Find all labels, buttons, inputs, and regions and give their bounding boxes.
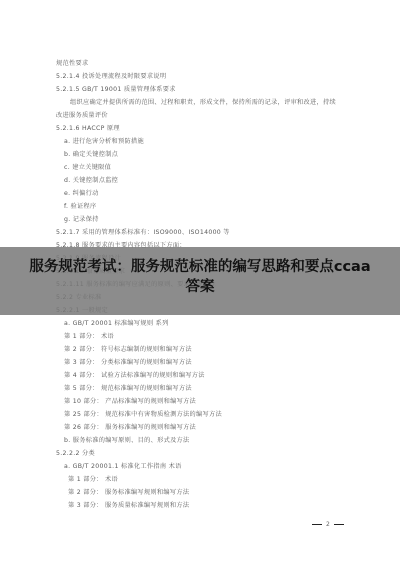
document-text-line: 改进服务质量评价 [56, 112, 108, 120]
title-overlay-banner: 服务规范考试：服务规范标准的编写思路和要点ccaa 答案 [0, 247, 400, 315]
document-text-line: 5.2.1.4 投诉处理流程及时限要求说明 [56, 73, 166, 81]
page-number-value: 2 [326, 521, 330, 528]
overlay-title-line2: 答案 [0, 278, 400, 296]
document-text-line: g. 记录保持 [64, 216, 99, 224]
document-text-line: 第 2 部分： 符号标志编制的规则和编写方法 [64, 346, 192, 354]
document-text-line: b. 确定关键控制点 [64, 151, 118, 159]
document-text-line: c. 建立关键限值 [64, 164, 111, 172]
document-text-line: 5.2.1.7 采用的管理体系标准有：ISO9000、ISO14000 等 [56, 229, 230, 237]
document-text-line: 第 4 部分： 试验方法标准编写的规则和编写方法 [64, 372, 205, 380]
document-text-line: 第 1 部分： 术语 [64, 333, 114, 341]
document-text-line: a. GB/T 20001.1 标准化工作指南 术语 [64, 463, 182, 471]
document-text-line: 5.2.2.2 分类 [56, 450, 95, 458]
document-text-line: 第 2 部分： 服务标准编写规则和编写方法 [68, 489, 189, 497]
document-text-line: 第 5 部分： 规范标准编写的规则和编写方法 [64, 385, 192, 393]
overlay-title-line1: 服务规范考试：服务规范标准的编写思路和要点ccaa [0, 258, 400, 276]
document-text-line: 第 3 部分： 分类标准编写的规则和编写方法 [64, 359, 192, 367]
page-number: 2 [312, 521, 344, 528]
document-text-line: 第 1 部分： 术语 [68, 476, 118, 484]
document-text-line: a. GB/T 20001 标准编写规则 系列 [64, 320, 169, 328]
document-text-line: 第 3 部分： 服务质量标准编写规则和方法 [68, 502, 189, 510]
document-text-line: 第 26 部分： 服务标准编写的规则和编写方法 [64, 424, 196, 432]
document-text-line: b. 服务标准的编写原则、目的、形式及方法 [64, 437, 190, 445]
page-number-dash-right [334, 524, 344, 525]
document-text-line: 5.2.1.5 GB/T 19001 质量管理体系要求 [56, 86, 176, 94]
document-text-line: 第 10 部分： 产品标准编写的规则和编写方法 [64, 398, 196, 406]
document-text-line: a. 进行危害分析和预防措施 [64, 138, 144, 146]
document-text-line: e. 纠偏行动 [64, 190, 99, 198]
page-number-dash-left [312, 524, 322, 525]
document-text-line: 规范性要求 [56, 60, 88, 68]
document-text-line: 组织应确定并提供所需的范围、过程和职责，形成文件，保持所需的记录，评审和改进，持… [70, 99, 336, 107]
document-text-line: f. 验证程序 [64, 203, 97, 211]
document-text-line: 5.2.1.6 HACCP 原理 [56, 125, 120, 133]
document-text-line: 第 25 部分： 规范标准中有害物质检测方法的编写方法 [64, 411, 222, 419]
document-text-line: d. 关键控制点监控 [64, 177, 118, 185]
